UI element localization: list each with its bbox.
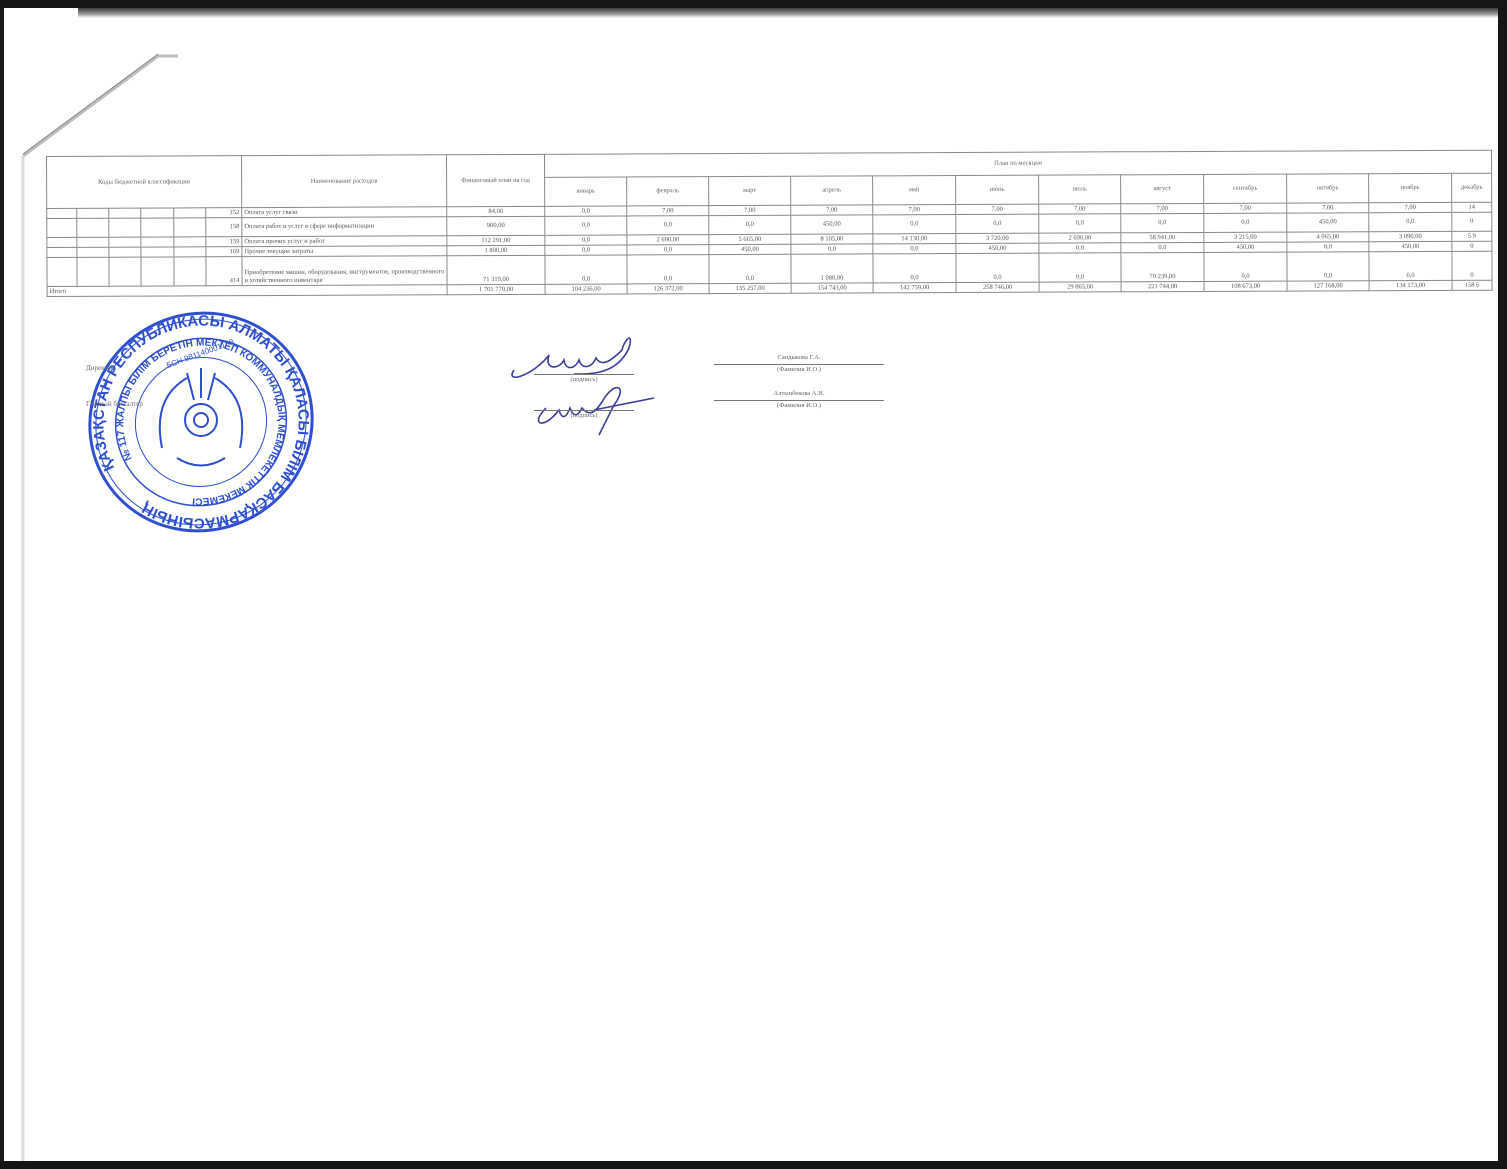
row-month-value: 7,00 xyxy=(873,205,956,215)
signature-caption-accountant: (подпись) xyxy=(534,412,634,419)
header-month: март xyxy=(709,176,791,205)
row-code: 159 xyxy=(206,237,242,247)
row-month-value: 0,0 xyxy=(956,253,1039,282)
accountant-name: Алтынбекова А.Н. xyxy=(714,390,884,397)
header-month: июнь xyxy=(956,175,1039,204)
row-month-value: 2 690,00 xyxy=(627,235,709,245)
row-month-value: 4 065,00 xyxy=(1287,232,1369,242)
row-month-value: 450,00 xyxy=(1204,242,1287,252)
total-month-value: 154 743,00 xyxy=(791,283,873,293)
classification-cell xyxy=(109,237,141,247)
total-month-value: 104 236,00 xyxy=(545,284,627,294)
classification-cell xyxy=(109,247,141,257)
row-name: Оплата работ и услуг в сфере информатиза… xyxy=(242,217,447,237)
row-month-value: 0,0 xyxy=(1204,213,1287,232)
row-month-value: 5 9 xyxy=(1452,231,1492,241)
row-month-value: 0 xyxy=(1452,251,1492,280)
row-code: 152 xyxy=(206,208,242,218)
row-annual: 1 800,00 xyxy=(447,245,545,255)
header-classification: Коды бюджетной классификации xyxy=(47,156,242,209)
total-month-value: 142 759,00 xyxy=(873,283,956,293)
classification-cell xyxy=(47,257,77,286)
classification-cell xyxy=(141,247,174,257)
row-month-value: 7,00 xyxy=(1287,203,1369,213)
classification-cell xyxy=(141,218,174,237)
accountant-label: Главный бухгалтер xyxy=(86,400,143,408)
row-month-value: 0,0 xyxy=(1204,252,1287,281)
row-month-value: 70 239,00 xyxy=(1121,252,1204,281)
viewer-bottom-edge xyxy=(0,1161,1507,1169)
viewer-top-bar xyxy=(0,0,1507,8)
row-month-value: 7,00 xyxy=(1121,203,1204,213)
classification-cell xyxy=(141,257,174,286)
row-month-value: 7,00 xyxy=(1369,202,1452,212)
row-month-value: 0,0 xyxy=(1121,213,1204,232)
row-month-value: 3 090,00 xyxy=(1369,231,1452,241)
row-month-value: 14 130,00 xyxy=(873,234,956,244)
row-month-value: 0,0 xyxy=(709,254,791,283)
row-annual: 900,00 xyxy=(447,216,545,235)
row-code: 414 xyxy=(206,257,242,286)
row-month-value: 450,00 xyxy=(956,243,1039,253)
total-label: Итого xyxy=(47,285,447,297)
classification-cell xyxy=(174,208,206,218)
name-caption-director: (Фамилия И.О.) xyxy=(714,366,884,373)
classification-cell xyxy=(47,237,77,247)
row-month-value: 0,0 xyxy=(873,244,956,254)
total-month-value: 127 168,00 xyxy=(1287,281,1369,291)
scanned-page: Коды бюджетной классификации Наименовани… xyxy=(4,8,1498,1161)
row-month-value: 7,00 xyxy=(1204,203,1287,213)
header-month: январь xyxy=(545,177,627,206)
row-month-value: 5 665,00 xyxy=(709,234,791,244)
row-name: Приобретение машин, оборудования, инстру… xyxy=(242,256,447,286)
official-stamp: ҚАЗАҚСТАН РЕСПУБЛИКАСЫ АЛМАТЫ ҚАЛАСЫ БІЛ… xyxy=(82,308,320,536)
total-month-value: 126 372,00 xyxy=(627,284,709,294)
row-month-value: 450,00 xyxy=(709,244,791,254)
classification-cell xyxy=(109,208,141,218)
header-month: май xyxy=(873,176,956,205)
row-month-value: 7,00 xyxy=(956,204,1039,214)
header-month: апрель xyxy=(791,176,873,205)
svg-text:№ 117 ЖАЛПЫ БІЛІМ БЕРЕТІН МЕКТ: № 117 ЖАЛПЫ БІЛІМ БЕРЕТІН МЕКТЕП КОММУНА… xyxy=(85,308,316,536)
row-month-value: 0,0 xyxy=(627,255,709,284)
classification-cell xyxy=(77,257,109,286)
header-month: июль xyxy=(1039,175,1121,204)
row-month-value: 0,0 xyxy=(545,245,627,255)
total-month-value: 135 257,00 xyxy=(709,283,791,293)
header-month: ноябрь xyxy=(1369,173,1452,202)
total-month-value: 108 673,00 xyxy=(1204,281,1287,291)
total-month-value: 29 865,00 xyxy=(1039,282,1121,292)
row-month-value: 0,0 xyxy=(1039,253,1121,282)
director-label: Директор xyxy=(86,364,114,372)
total-month-value: 158 6 xyxy=(1452,280,1492,290)
row-month-value: 0,0 xyxy=(956,214,1039,233)
signature-director xyxy=(504,330,664,440)
row-month-value: 0,0 xyxy=(1039,243,1121,253)
row-month-value: 0,0 xyxy=(627,245,709,255)
header-financial-plan: Финансовый план на год xyxy=(446,154,544,206)
header-expense-name: Наименование расходов xyxy=(242,155,447,208)
row-month-value: 0 xyxy=(1452,241,1492,251)
total-annual: 1 701 770,00 xyxy=(447,284,545,294)
row-month-value: 1 080,00 xyxy=(791,254,873,283)
header-month: сентябрь xyxy=(1204,174,1287,203)
row-month-value: 450,00 xyxy=(1369,241,1452,251)
viewer-right-edge xyxy=(1498,0,1507,1169)
classification-cell xyxy=(47,208,77,218)
row-month-value: 0,0 xyxy=(1039,214,1121,233)
name-caption-accountant: (Фамилия И.О.) xyxy=(714,402,884,409)
classification-cell xyxy=(174,257,206,286)
row-annual: 71 319,00 xyxy=(447,255,545,284)
classification-cell xyxy=(109,218,141,237)
classification-cell xyxy=(174,237,206,247)
row-month-value: 0,0 xyxy=(873,254,956,283)
row-annual: 112 291,00 xyxy=(447,235,545,245)
row-month-value: 0,0 xyxy=(1287,252,1369,281)
row-month-value: 0,0 xyxy=(873,215,956,234)
row-month-value: 450,00 xyxy=(791,215,873,234)
row-code: 158 xyxy=(206,218,242,237)
financial-plan-table: Коды бюджетной классификации Наименовани… xyxy=(46,150,1493,297)
classification-cell xyxy=(77,237,109,247)
row-month-value: 0 xyxy=(1452,212,1492,231)
row-month-value: 7,00 xyxy=(1039,204,1121,214)
row-month-value: 7,00 xyxy=(627,206,709,216)
row-month-value: 58 941,00 xyxy=(1121,232,1204,242)
total-month-value: 221 744,00 xyxy=(1121,281,1204,291)
signature-caption-director: (подпись) xyxy=(534,376,634,383)
row-month-value: 0,0 xyxy=(545,255,627,284)
row-month-value: 0,0 xyxy=(791,244,873,254)
row-month-value: 450,00 xyxy=(1287,213,1369,232)
viewer-shadow xyxy=(78,8,1498,18)
row-month-value: 0,0 xyxy=(627,216,709,235)
classification-cell xyxy=(77,218,109,237)
director-name: Сандыкова Г.А. xyxy=(714,354,884,361)
row-month-value: 2 690,00 xyxy=(1039,233,1121,243)
row-month-value: 8 105,00 xyxy=(791,234,873,244)
row-month-value: 3 720,00 xyxy=(956,233,1039,243)
row-annual: 84,00 xyxy=(447,206,545,216)
classification-cell xyxy=(174,218,206,237)
classification-cell xyxy=(77,208,109,218)
classification-cell xyxy=(109,257,141,286)
header-month: октябрь xyxy=(1287,174,1369,203)
row-month-value: 14 xyxy=(1452,202,1492,212)
row-month-value: 0,0 xyxy=(545,216,627,235)
total-month-value: 258 746,00 xyxy=(956,282,1039,292)
row-month-value: 0,0 xyxy=(545,235,627,245)
row-month-value: 0,0 xyxy=(1287,242,1369,252)
row-code: 169 xyxy=(206,247,242,257)
classification-cell xyxy=(174,247,206,257)
classification-cell xyxy=(141,208,174,218)
header-month: август xyxy=(1121,174,1204,203)
classification-cell xyxy=(77,247,109,257)
header-month: декабрь xyxy=(1452,173,1492,202)
row-month-value: 0,0 xyxy=(545,206,627,216)
row-month-value: 0,0 xyxy=(1369,212,1452,231)
row-month-value: 0,0 xyxy=(709,215,791,234)
classification-cell xyxy=(47,247,77,257)
row-month-value: 0,0 xyxy=(1121,242,1204,252)
row-month-value: 3 215,00 xyxy=(1204,232,1287,242)
row-month-value: 7,00 xyxy=(791,205,873,215)
row-month-value: 7,00 xyxy=(709,205,791,215)
classification-cell xyxy=(47,218,77,237)
header-month: февраль xyxy=(627,177,709,206)
row-month-value: 0,0 xyxy=(1369,251,1452,280)
classification-cell xyxy=(141,237,174,247)
total-month-value: 134 173,00 xyxy=(1369,280,1452,290)
